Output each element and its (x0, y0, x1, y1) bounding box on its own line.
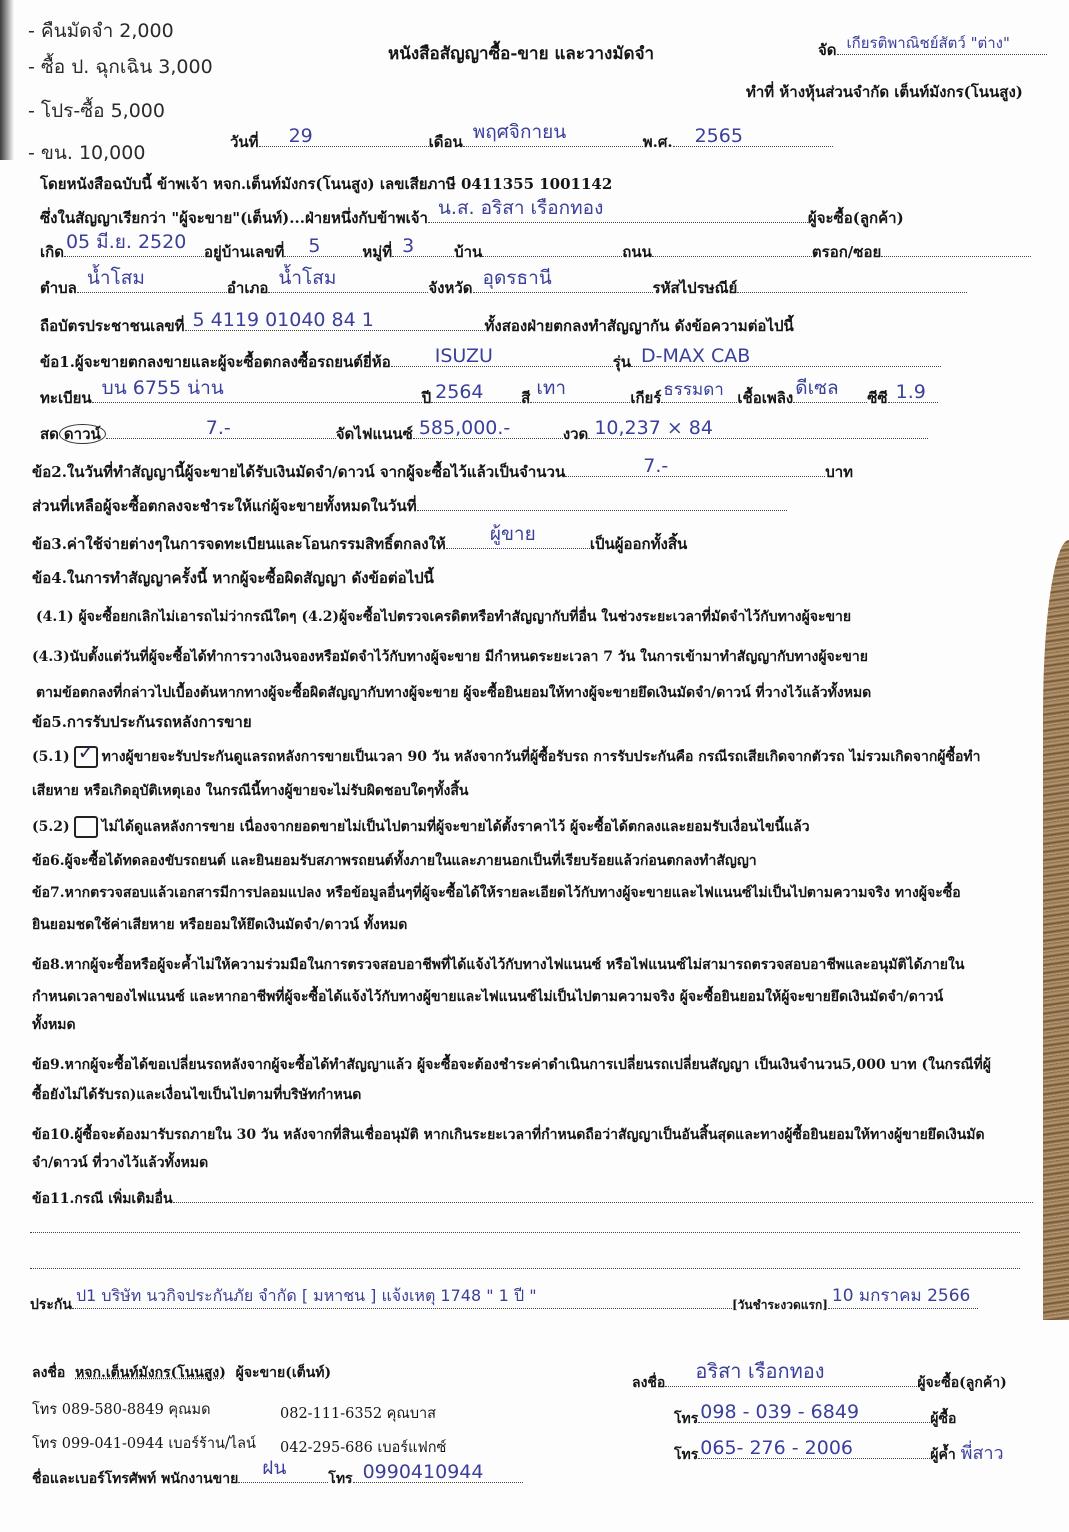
car-gear: ธรรมดา (663, 376, 723, 403)
guarantor-phone-row: โทร065- 276 - 2006ผู้ค้ำ พี่สาว (674, 1438, 1004, 1467)
buyer-phone-row: โทร098 - 039 - 6849ผู้ซื้อ (674, 1406, 956, 1430)
seller-name: หจก.เต็นท์มังกร(โนนสูง) (75, 1365, 226, 1381)
car-color: เทา (536, 373, 566, 403)
birth-date: 05 มี.ย. 2520 (66, 227, 186, 257)
clause4-line-3: ตามข้อตกลงที่กล่าวไปเบื้องต้นหากทางผู้จะ… (36, 682, 871, 704)
finance-amount: 585,000.- (419, 417, 510, 439)
clause3-row: ข้อ3.ค่าใช้จ่ายต่างๆในการจดทะเบียนและโอน… (32, 532, 687, 556)
date-year: 2565 (695, 125, 743, 147)
clause5-option1: (5.1)✓ทางผู้ขายจะรับประกันดูแลรถหลังการข… (32, 746, 981, 768)
note-2: - ซื้อ ป. ฉุกเฉิน 3,000 (28, 52, 213, 82)
date-day: 29 (289, 125, 313, 147)
clause4-line-2: (4.3)นับตั้งแต่วันที่ผู้จะซื้อได้ทำการวา… (32, 646, 868, 668)
insurance-value: ป1 บริษัท นวกิจประกันภัย จำกัด [ มหาชน ]… (76, 1284, 537, 1309)
no-warranty-checkbox[interactable] (74, 816, 98, 838)
salesperson-phone: 0990410944 (363, 1461, 484, 1483)
table-surface (1043, 540, 1069, 1320)
salesperson-name: ฝน (262, 1453, 286, 1483)
car-year: 2564 (435, 381, 483, 403)
blank-line-2 (30, 1268, 1020, 1269)
insurance-row: ประกันป1 บริษัท นวกิจประกันภัย จำกัด [ ม… (30, 1292, 978, 1316)
province-value: อุดรธานี (483, 263, 552, 293)
id-row: ถือบัตรประชาชนเลขที่5 4119 01040 84 1ทั้… (40, 314, 794, 338)
id-number: 5 4119 01040 84 1 (193, 309, 374, 331)
note-1: - คืนมัดจำ 2,000 (28, 16, 174, 46)
car-brand: ISUZU (435, 345, 493, 367)
clause1-reg-row: ทะเบียนบน 6755 น่านปี2564สีเทาเกียร์ธรรม… (40, 386, 938, 410)
document-title: หนังสือสัญญาซื้อ-ขาย และวางมัดจำ (388, 40, 654, 67)
clause10-line-2: จำ/ดาวน์ ที่วางไว้แล้วทั้งหมด (32, 1152, 208, 1174)
clause1-brand-row: ข้อ1.ผู้จะขายตกลงขายและผู้จะซื้อตกลงซื้อ… (40, 350, 941, 374)
warranty-90-days-checkbox[interactable]: ✓ (74, 746, 98, 768)
arranged-by: จัดเกียรติพาณิชย์สัตว์ "ต่าง" (818, 38, 1047, 62)
note-4: - ขน. 10,000 (28, 138, 145, 168)
clause5-option1-cont: เสียหาย หรือเกิดอุบัติเหตุเอง ในกรณีนี้ท… (32, 780, 468, 802)
district-value: น้ำโสม (278, 263, 336, 293)
subdistrict-value: น้ำโสม (87, 263, 145, 293)
place-label: ทำที่ ห้างหุ้นส่วนจำกัด เต็นท์มังกร(โนนส… (746, 80, 1023, 104)
address-row-2: ตำบลน้ำโสมอำเภอน้ำโสมจังหวัดอุดรธานีรหัส… (40, 276, 967, 300)
down-amount: 7.- (206, 417, 231, 439)
deposit-amount: 7.- (643, 455, 668, 477)
clause7-line-1: ข้อ7.หากตรวจสอบแล้วเอกสารมีการปลอมแปลง ห… (32, 882, 961, 904)
moo-number: 3 (402, 235, 414, 257)
checkmark-icon: ✓ (78, 740, 95, 764)
clause8-line-2: กำหนดเวลาของไฟแนนซ์ และหากอาชีพที่ผู้จะซ… (32, 986, 943, 1008)
buyer-sign-row: ลงชื่ออริสา เรือกทองผู้จะซื้อ(ลูกค้า) (632, 1370, 1007, 1394)
clause4-title: ข้อ4.ในการทำสัญญาครั้งนี้ หากผู้จะซื้อผิ… (32, 566, 434, 590)
salesperson-row: ชื่อและเบอร์โทรศัพท์ พนักงานขายฝนโทร0990… (32, 1466, 523, 1490)
car-fuel: ดีเซล (795, 373, 838, 403)
seller-phone-1: โทร 089-580-8849 คุณมด (32, 1398, 211, 1421)
seller-phone-3: โทร 099-041-0944 เบอร์ร้าน/ไลน์ (32, 1432, 256, 1455)
note-3: - โปร-ซื้อ 5,000 (28, 96, 165, 126)
date-month: พฤศจิกายน (473, 117, 567, 147)
clause10-line-1: ข้อ10.ผู้ซื้อจะต้องมารับรถภายใน 30 วัน ห… (32, 1124, 985, 1146)
buyer-name: น.ส. อริสา เรือกทอง (438, 193, 603, 223)
photo-shadow (0, 0, 14, 160)
date-row: วันที่29เดือนพฤศจิกายนพ.ศ.2565 (230, 130, 833, 154)
clause5-option2: (5.2)ไม่ได้ดูแลหลังการขาย เนื่องจากยอดขา… (32, 816, 810, 838)
clause8-line-1: ข้อ8.หากผู้จะซื้อหรือผู้จะค้ำไม่ให้ความร… (32, 954, 964, 976)
guarantor-relation: พี่สาว (961, 1443, 1004, 1464)
address-row-1: เกิด05 มี.ย. 2520อยู่บ้านเลขที่5หมู่ที่3… (40, 240, 1031, 264)
arranged-by-value: เกียรติพาณิชย์สัตว์ "ต่าง" (847, 31, 1010, 55)
clause8-line-3: ทั้งหมด (32, 1014, 76, 1036)
clause6: ข้อ6.ผู้จะซื้อได้ทดลองขับรถยนต์ และยินยอ… (32, 850, 757, 872)
clause5-title: ข้อ5.การรับประกันรถหลังการขาย (32, 710, 252, 734)
car-registration: บน 6755 น่าน (102, 373, 224, 403)
down-option-circled: ดาวน์ (59, 424, 106, 444)
installment-amount: 10,237 × 84 (594, 417, 713, 439)
blank-line-1 (30, 1232, 1020, 1233)
clause1-payment-row: สดดาวน์7.-จัดไฟแนนซ์585,000.-งวด10,237 ×… (40, 422, 928, 446)
house-number: 5 (308, 235, 320, 257)
clause4-line-1: (4.1) ผู้จะซื้อยกเลิกไม่เอารถไม่ว่ากรณีใ… (36, 606, 851, 628)
clause2-remaining: ส่วนที่เหลือผู้จะซื้อตกลงจะชำระให้แก่ผู้… (32, 494, 787, 518)
clause9-line-1: ข้อ9.หากผู้จะซื้อได้ขอเปลี่ยนรถหลังจากผู… (32, 1054, 991, 1076)
expense-party: ผู้ขาย (490, 519, 536, 549)
clause2-row: ข้อ2.ในวันที่ทำสัญญานี้ผู้จะขายได้รับเงิ… (32, 460, 853, 484)
car-model: D-MAX CAB (641, 345, 750, 367)
car-cc: 1.9 (896, 381, 926, 403)
clause11-row: ข้อ11.กรณี เพิ่มเติมอื่น (32, 1186, 1033, 1210)
seller-sign-row: ลงชื่อ หจก.เต็นท์มังกร(โนนสูง) ผู้จะขาย(… (32, 1362, 331, 1384)
first-payment-date: 10 มกราคม 2566 (832, 1282, 970, 1309)
clause9-line-2: ซื้อยังไม่ได้รับรถ)และเงื่อนไขเป็นไปตามท… (32, 1084, 361, 1106)
seller-phone-2: 082-111-6352 คุณบาส (280, 1402, 436, 1425)
seller-phone-4: 042-295-686 เบอร์แฟกซ์ (280, 1436, 446, 1459)
buyer-phone: 098 - 039 - 6849 (700, 1401, 859, 1423)
buyer-signature: อริสา เรือกทอง (695, 1355, 824, 1387)
guarantor-phone: 065- 276 - 2006 (700, 1437, 853, 1459)
clause7-line-2: ยินยอมชดใช้ค่าเสียหาย หรือยอมให้ยึดเงินม… (32, 914, 407, 936)
